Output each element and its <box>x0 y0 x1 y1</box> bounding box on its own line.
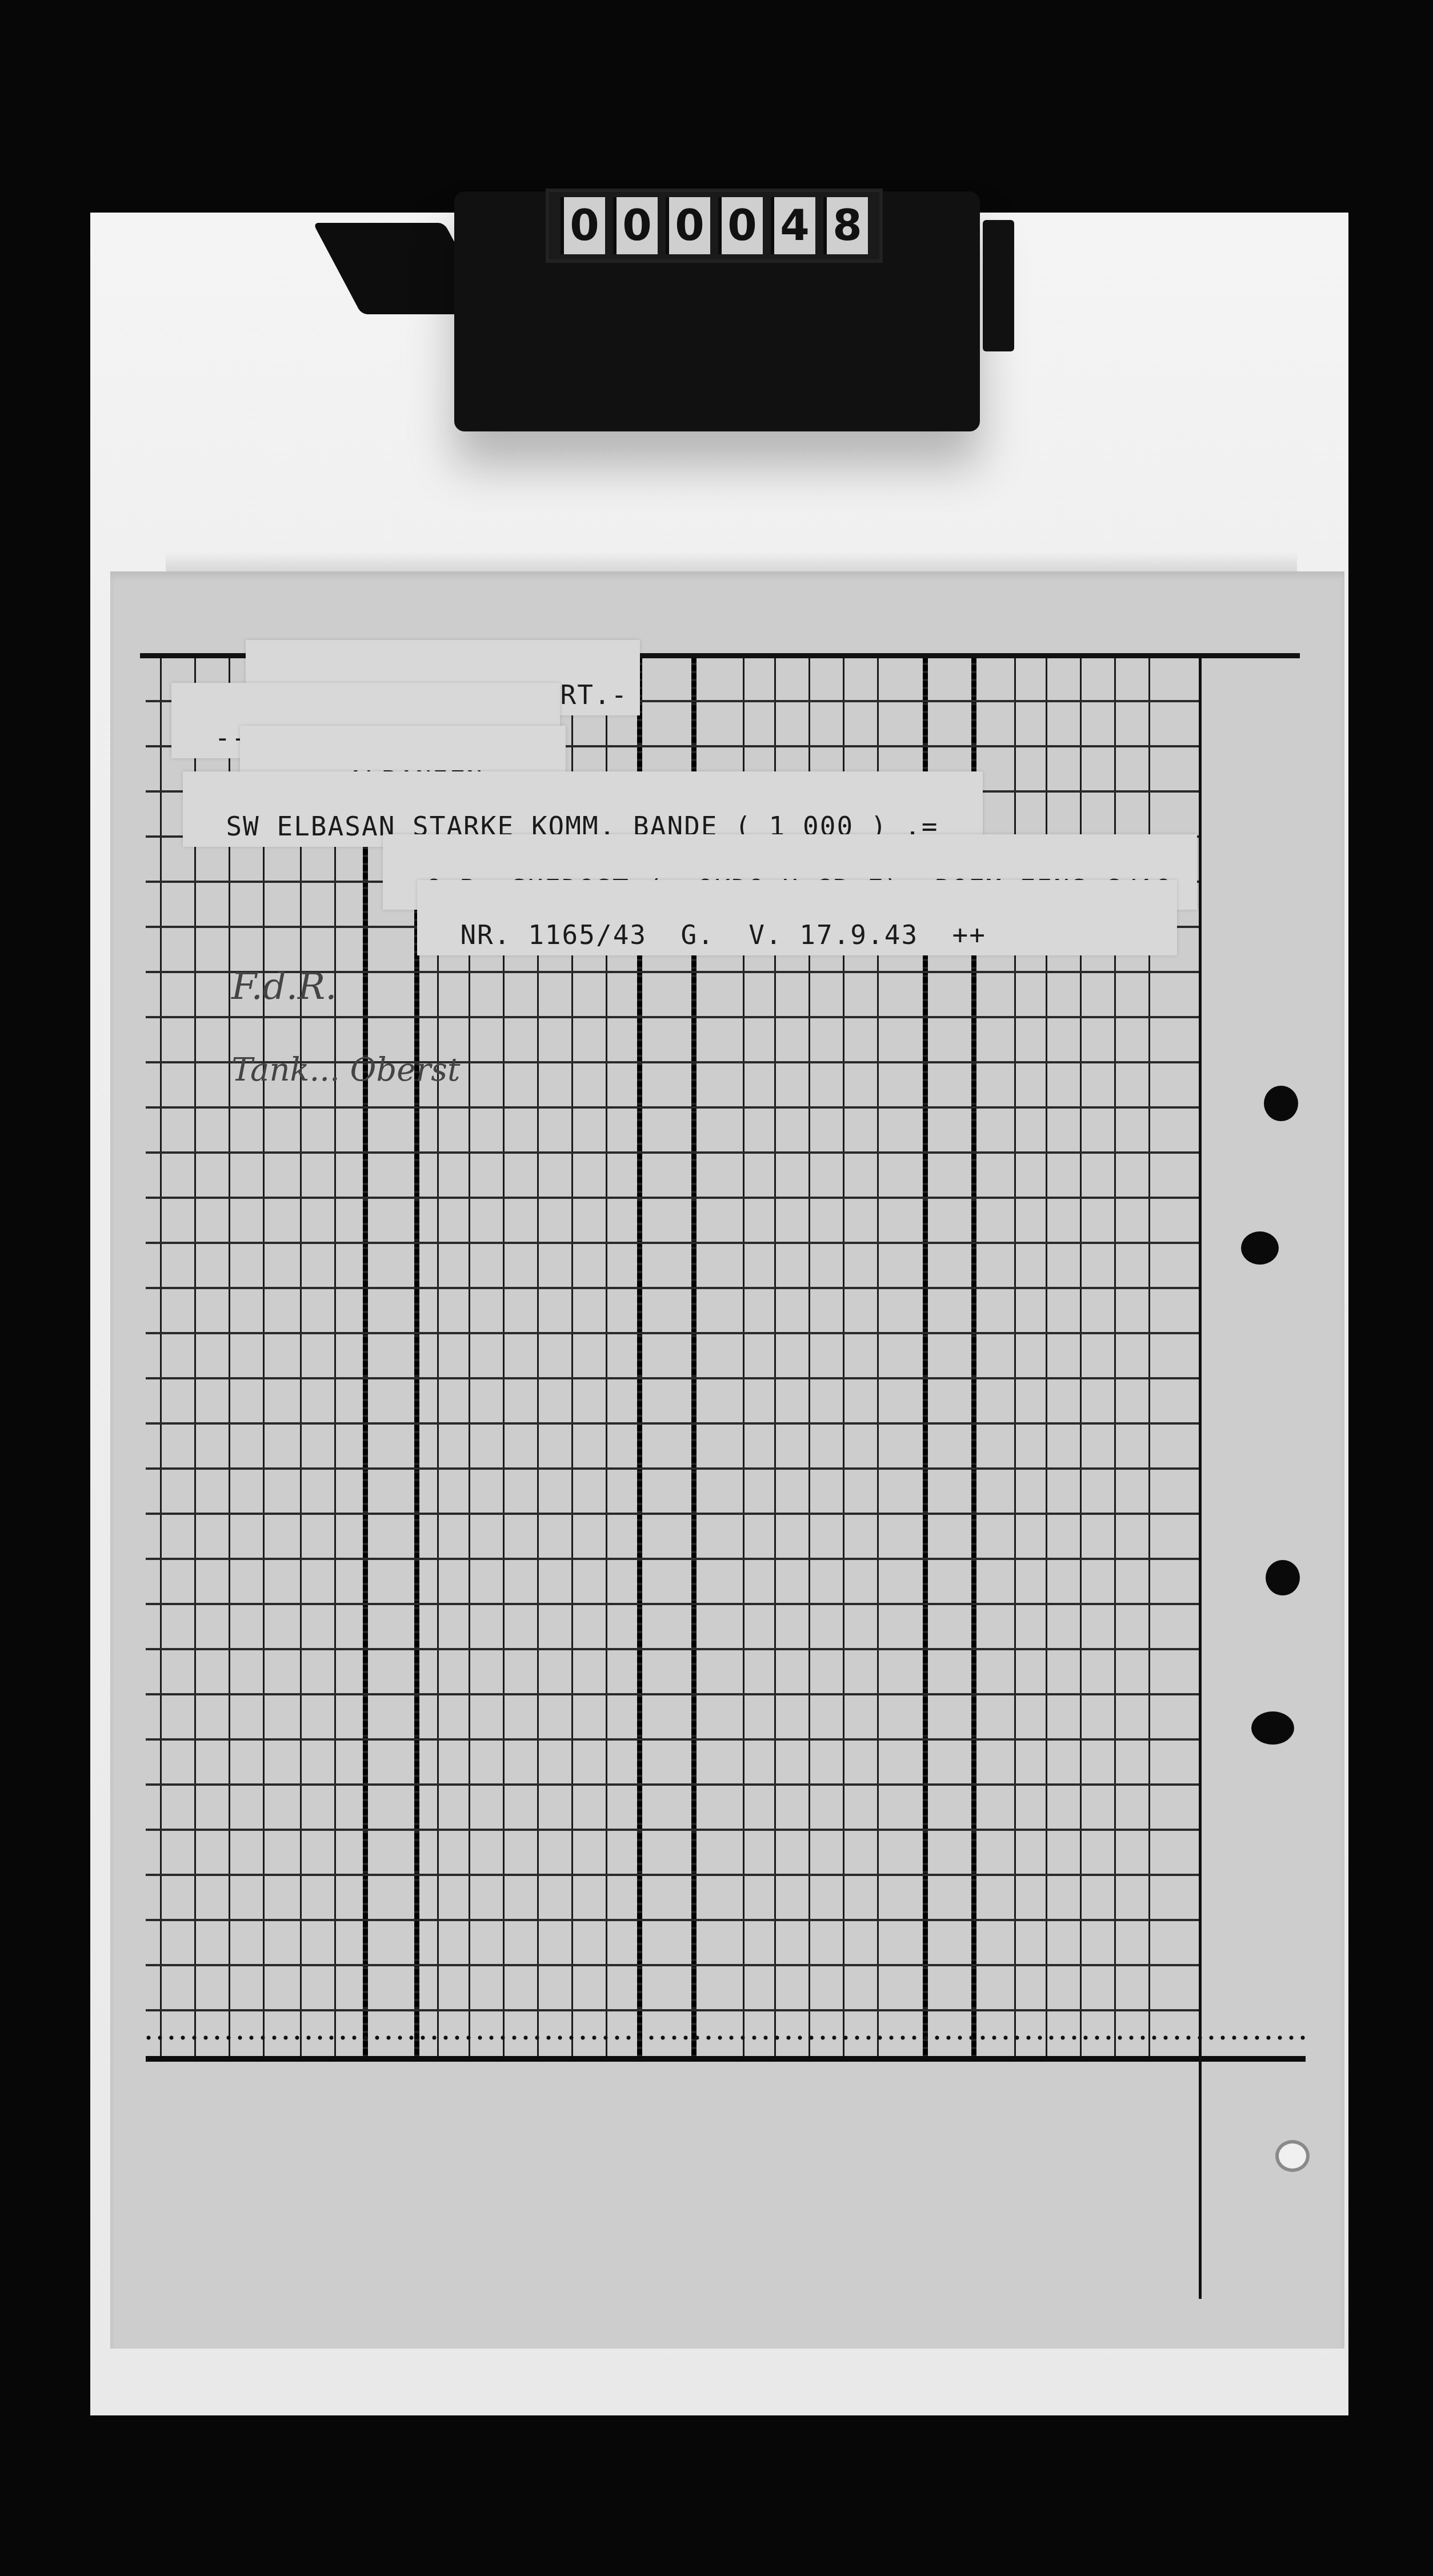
grid-row-line <box>146 1106 1200 1109</box>
grid-row-line <box>146 2009 1200 2011</box>
grid-row-line <box>146 1964 1200 1966</box>
grid-row-line <box>146 1242 1200 1244</box>
grid-column-line <box>334 657 336 2057</box>
grid-row-line <box>146 1422 1200 1425</box>
grid-row-line <box>146 1603 1200 1605</box>
grid-column-line <box>300 657 302 2057</box>
punch-hole <box>1251 1711 1294 1745</box>
frame-counter-knob <box>983 220 1014 351</box>
grid-column-divider <box>363 657 368 2057</box>
grid-column-line <box>229 657 230 2057</box>
grid-row-line <box>146 1377 1200 1379</box>
grid-row-line <box>146 1558 1200 1560</box>
grid-row-line <box>146 1197 1200 1199</box>
punch-hole-unpunched <box>1275 2140 1310 2172</box>
grid-row-line <box>146 1332 1200 1334</box>
grid-row-line <box>146 1513 1200 1515</box>
counter-digit: 0 <box>666 197 710 254</box>
teletype-strip-6: NR. 1165/43 G. V. 17.9.43 ++ <box>417 880 1177 955</box>
counter-digit: 4 <box>771 197 815 254</box>
handwritten-note: F.d.R. <box>231 966 337 1008</box>
counter-digit: 0 <box>718 197 763 254</box>
grid-column-line <box>160 657 162 2057</box>
counter-digit: 8 <box>823 197 868 254</box>
form-right-border <box>1199 653 1202 2299</box>
grid-row-line <box>146 1648 1200 1650</box>
punch-hole <box>1264 1086 1298 1121</box>
grid-row-line <box>146 1151 1200 1154</box>
grid-row-line <box>146 1287 1200 1289</box>
grid-row-line <box>146 1693 1200 1695</box>
counter-digit: 0 <box>561 197 605 254</box>
grid-column-line <box>263 657 265 2057</box>
grid-row-line <box>146 1467 1200 1470</box>
perforation-line <box>143 2035 1311 2040</box>
frame-counter-display: 0 0 0 0 4 8 <box>546 189 883 263</box>
grid-row-line <box>146 1016 1200 1018</box>
grid-row-line <box>146 1783 1200 1786</box>
punch-hole <box>1241 1231 1279 1265</box>
grid-row-line <box>146 1829 1200 1831</box>
grid-row-line <box>146 1738 1200 1741</box>
handwritten-signature: Tank... Oberst <box>231 1051 461 1089</box>
counter-digit: 0 <box>613 197 658 254</box>
punch-hole <box>1266 1560 1300 1595</box>
grid-row-line <box>146 1919 1200 1921</box>
form-bottom-border <box>146 2056 1306 2062</box>
grid-row-line <box>146 1874 1200 1876</box>
teletype-line: NR. 1165/43 G. V. 17.9.43 ++ <box>460 919 986 950</box>
grid-column-line <box>194 657 196 2057</box>
